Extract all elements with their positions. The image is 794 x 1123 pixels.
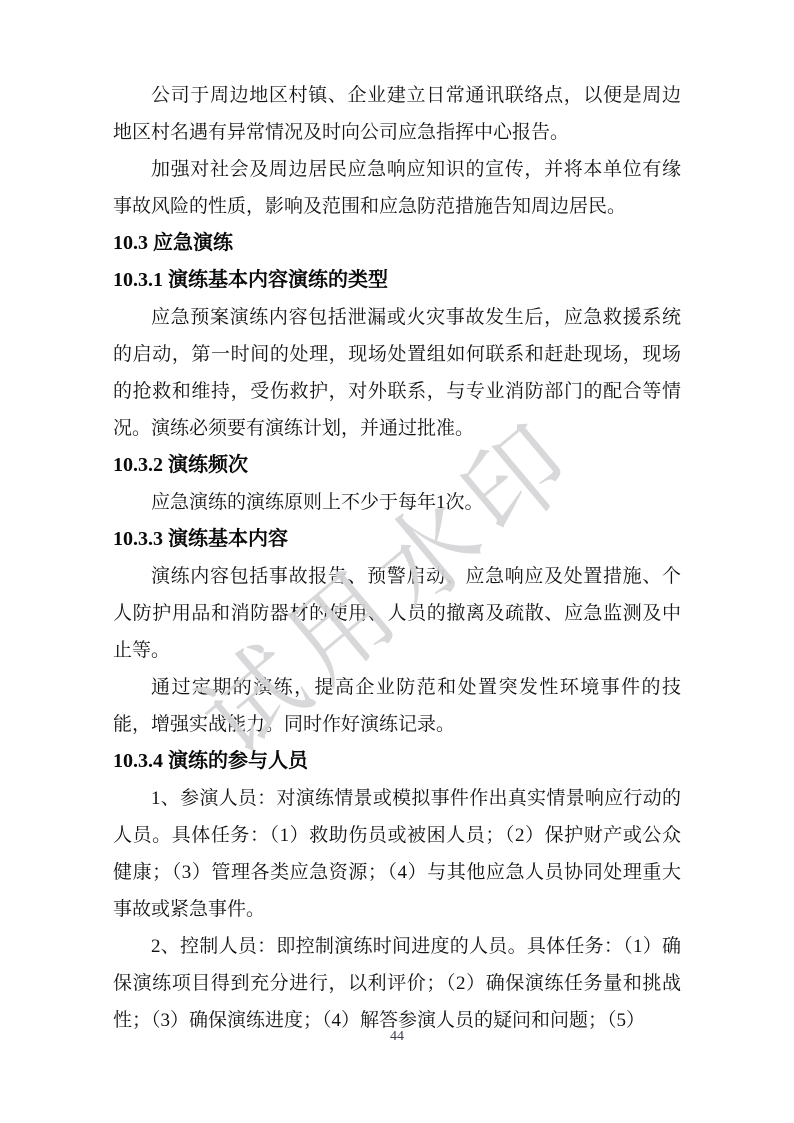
body-paragraph: 演练内容包括事故报告、预警启动、应急响应及处置措施、个人防护用品和消防器材的使用… bbox=[113, 558, 681, 669]
body-paragraph: 2、控制人员：即控制演练时间进度的人员。具体任务：（1）确保演练项目得到充分进行… bbox=[113, 928, 681, 1039]
body-paragraph: 应急演练的演练原则上不少于每年1次。 bbox=[113, 484, 681, 521]
document-page: 公司于周边地区村镇、企业建立日常通讯联络点，以便是周边地区村名遇有异常情况及时向… bbox=[0, 0, 794, 1123]
section-heading-10-3: 10.3 应急演练 bbox=[113, 225, 681, 262]
document-content: 公司于周边地区村镇、企业建立日常通讯联络点，以便是周边地区村名遇有异常情况及时向… bbox=[113, 77, 681, 1039]
section-heading-10-3-1: 10.3.1 演练基本内容演练的类型 bbox=[113, 262, 681, 299]
body-paragraph: 通过定期的演练，提高企业防范和处置突发性环境事件的技能，增强实战能力。同时作好演… bbox=[113, 669, 681, 743]
body-paragraph: 加强对社会及周边居民应急响应知识的宣传，并将本单位有缘事故风险的性质，影响及范围… bbox=[113, 151, 681, 225]
section-heading-10-3-3: 10.3.3 演练基本内容 bbox=[113, 521, 681, 558]
body-paragraph: 公司于周边地区村镇、企业建立日常通讯联络点，以便是周边地区村名遇有异常情况及时向… bbox=[113, 77, 681, 151]
section-heading-10-3-2: 10.3.2 演练频次 bbox=[113, 447, 681, 484]
page-number: 44 bbox=[0, 1028, 794, 1046]
body-paragraph: 应急预案演练内容包括泄漏或火灾事故发生后，应急救援系统的启动，第一时间的处理，现… bbox=[113, 299, 681, 447]
body-paragraph: 1、参演人员：对演练情景或模拟事件作出真实情景响应行动的人员。具体任务：（1）救… bbox=[113, 780, 681, 928]
section-heading-10-3-4: 10.3.4 演练的参与人员 bbox=[113, 743, 681, 780]
